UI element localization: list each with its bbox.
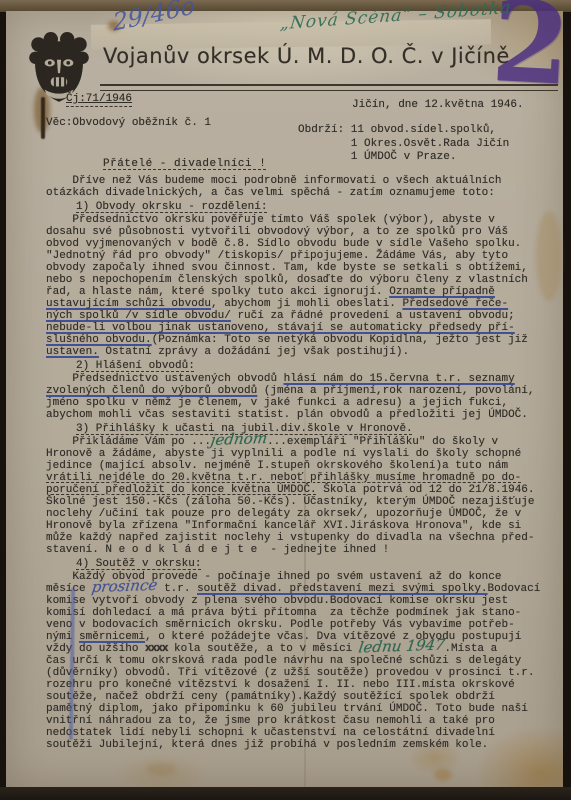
handwritten-blue-text: prosince — [92, 585, 158, 587]
typed-text: ručí za řádné provedení a ustavení obvod… — [231, 310, 515, 322]
body-paragraph: Předsednictvo ustavených obvodů hlásí ná… — [46, 373, 563, 421]
ink-underlined-text: směrnicemi — [79, 631, 145, 643]
paper-stain — [434, 769, 452, 781]
ink-underlined-text: soutěž divad. představení mezi svými spo… — [197, 583, 487, 595]
body-paragraph: Předsednictvo okrsku pověřuje tímto Váš … — [46, 214, 563, 358]
typed-text: Předsednictvo ustavených obvodů — [46, 373, 284, 385]
heading-text: 2) Hlášení obvodů: — [76, 360, 195, 372]
body-paragraph: Přikládáme Vám po ...jednom...exempláři … — [46, 436, 563, 556]
salutation: Přátelé - divadelníci ! — [103, 158, 266, 170]
handwritten-green-text: lednu 1947 — [359, 645, 445, 648]
scanned-document-photo: Vojanův okrsek Ú. M. D. O. Č. v Jičíně 2… — [0, 0, 571, 800]
heading-text: 1) Obvody okrsku - rozdělení: — [76, 201, 267, 213]
section-heading: 2) Hlášení obvodů: — [46, 360, 563, 372]
typed-text: Dříve než Vás budeme moci podrobně infor… — [46, 175, 501, 199]
typed-text: t.r. — [157, 583, 197, 595]
section-heading: 1) Obvody okrsku - rozdělení: — [46, 201, 563, 213]
typed-text: Přikládáme Vám po ... — [46, 436, 211, 448]
reference-number: Čj:71/1946 — [66, 93, 132, 107]
section-heading: 4) Soutěž v okrsku: — [46, 558, 563, 570]
typed-text: , abychom ji mohli obeslati. — [211, 298, 402, 310]
typed-text: kola soutěže, a to v měsíci — [167, 643, 358, 655]
place-and-date: Jičín, dne 12.května 1946. — [352, 99, 524, 111]
handwritten-green-text: jednom — [211, 438, 267, 440]
paper-stain — [146, 763, 176, 775]
typed-text: (Poznámka: Toto se netýká obvodu Kopidln… — [152, 334, 528, 346]
typed-text: .Místa a čas určí k tomu okrsková rada p… — [46, 643, 534, 751]
document-body: Dříve než Vás budeme moci podrobně infor… — [46, 175, 563, 751]
ink-underlined-text: ustaven. — [46, 346, 99, 358]
typed-strikeout: xxxx — [145, 643, 167, 655]
letterhead-title: Vojanův okrsek Ú. M. D. O. Č. v Jičíně — [103, 44, 543, 68]
heading-text: 4) Soutěž v okrsku: — [76, 558, 201, 570]
typed-text: Ostatní zprávy a dožádání jej však posti… — [99, 346, 409, 358]
section-heading: 3) Přihlášky k učasti na jubil.div.škole… — [46, 423, 563, 435]
body-paragraph: Dříve než Vás budeme moci podrobně infor… — [46, 175, 563, 199]
photo-background-bottom — [0, 787, 571, 800]
distribution-list: Obdrží: 11 obvod.sídel.spolků, 1 Okres.O… — [298, 124, 509, 165]
body-paragraph: Každý obvod provede - počínaje ihned po … — [46, 571, 563, 751]
subject-line: Věc:Obvodový oběžník č. 1 — [46, 117, 211, 129]
